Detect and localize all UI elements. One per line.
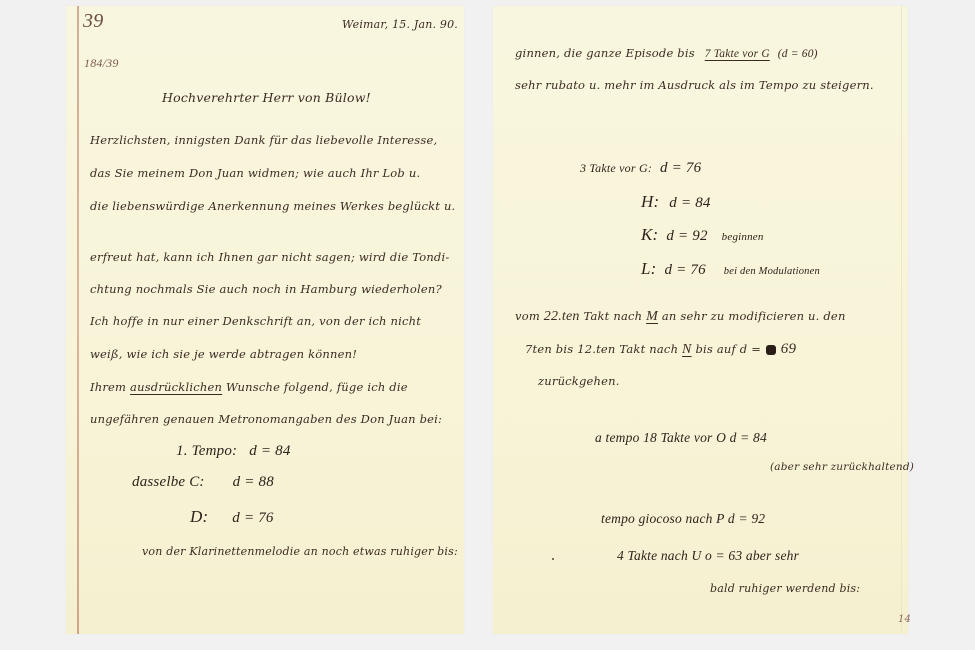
tempo-marking: K: d = 92 beginnen — [641, 225, 764, 245]
tempo-marking: 3 Takte vor G: d = 76 — [580, 160, 701, 177]
continuation-line: sehr rubato u. mehr im Ausdruck als im T… — [515, 78, 874, 92]
ink-dot — [552, 558, 554, 560]
closing-line: von der Klarinettenmelodie an noch etwas… — [142, 545, 458, 558]
place-date: Weimar, 15. Jan. 90. — [342, 18, 458, 31]
tempo-marking: dasselbe C: d = 88 — [132, 474, 274, 491]
metronome-intro: ungefähren genauen Metronomangaben des D… — [90, 412, 442, 426]
modulation-line: vom 22.ten Takt nach M an sehr zu modifi… — [515, 309, 846, 325]
body-line: die liebenswürdige Anerkennung meines We… — [90, 199, 455, 213]
modulation-line: 7ten bis 12.ten Takt nach N bis auf d = … — [525, 341, 796, 358]
archive-number: 184/39 — [84, 56, 119, 71]
tempo-marking: H: d = 84 — [641, 192, 711, 212]
underlined-reference: 7 Takte vor G — [705, 48, 770, 60]
continuation-line: ginnen, die ganze Episode bis 7 Takte vo… — [515, 46, 818, 60]
letter-page-left: 39 184/39 Weimar, 15. Jan. 90. Hochvereh… — [66, 6, 464, 634]
final-line: 4 Takte nach U o = 63 aber sehr — [617, 548, 799, 564]
body-line: Ich hoffe in nur einer Denkschrift an, v… — [90, 314, 421, 328]
a-tempo-line: a tempo 18 Takte vor O d = 84 — [595, 430, 767, 446]
body-line: chtung nochmals Sie auch noch in Hamburg… — [90, 282, 442, 296]
underlined-word: ausdrücklichen — [130, 380, 222, 394]
tempo-marking: D: d = 76 — [190, 507, 274, 527]
tempo-marking: 1. Tempo: d = 84 — [176, 443, 291, 460]
final-line: bald ruhiger werdend bis: — [710, 582, 860, 595]
binding-edge — [77, 6, 79, 634]
tempo-marking: L: d = 76 bei den Modulationen — [641, 259, 820, 279]
body-line: das Sie meinem Don Juan widmen; wie auch… — [90, 166, 420, 180]
a-tempo-comment: (aber sehr zurückhaltend) — [770, 461, 914, 473]
salutation: Hochverehrter Herr von Bülow! — [162, 90, 371, 105]
letter-page-right: ginnen, die ganze Episode bis 7 Takte vo… — [493, 6, 908, 634]
body-line: weiß, wie ich sie je werde abtragen könn… — [90, 347, 357, 361]
modulation-line: zurückgehen. — [538, 374, 620, 388]
wish-line: Ihrem ausdrücklichen Wunsche folgend, fü… — [90, 380, 408, 394]
folio-number: 39 — [83, 10, 103, 33]
body-line: erfreut hat, kann ich Ihnen gar nicht sa… — [90, 250, 449, 264]
rehearsal-letter: N — [682, 342, 692, 357]
rehearsal-letter: M — [646, 309, 658, 324]
ink-blot — [766, 345, 776, 355]
corner-mark: 14 — [898, 614, 911, 625]
page-edge — [901, 6, 902, 634]
giocoso-line: tempo giocoso nach P d = 92 — [601, 511, 765, 527]
body-line: Herzlichsten, innigsten Dank für das lie… — [90, 133, 437, 147]
